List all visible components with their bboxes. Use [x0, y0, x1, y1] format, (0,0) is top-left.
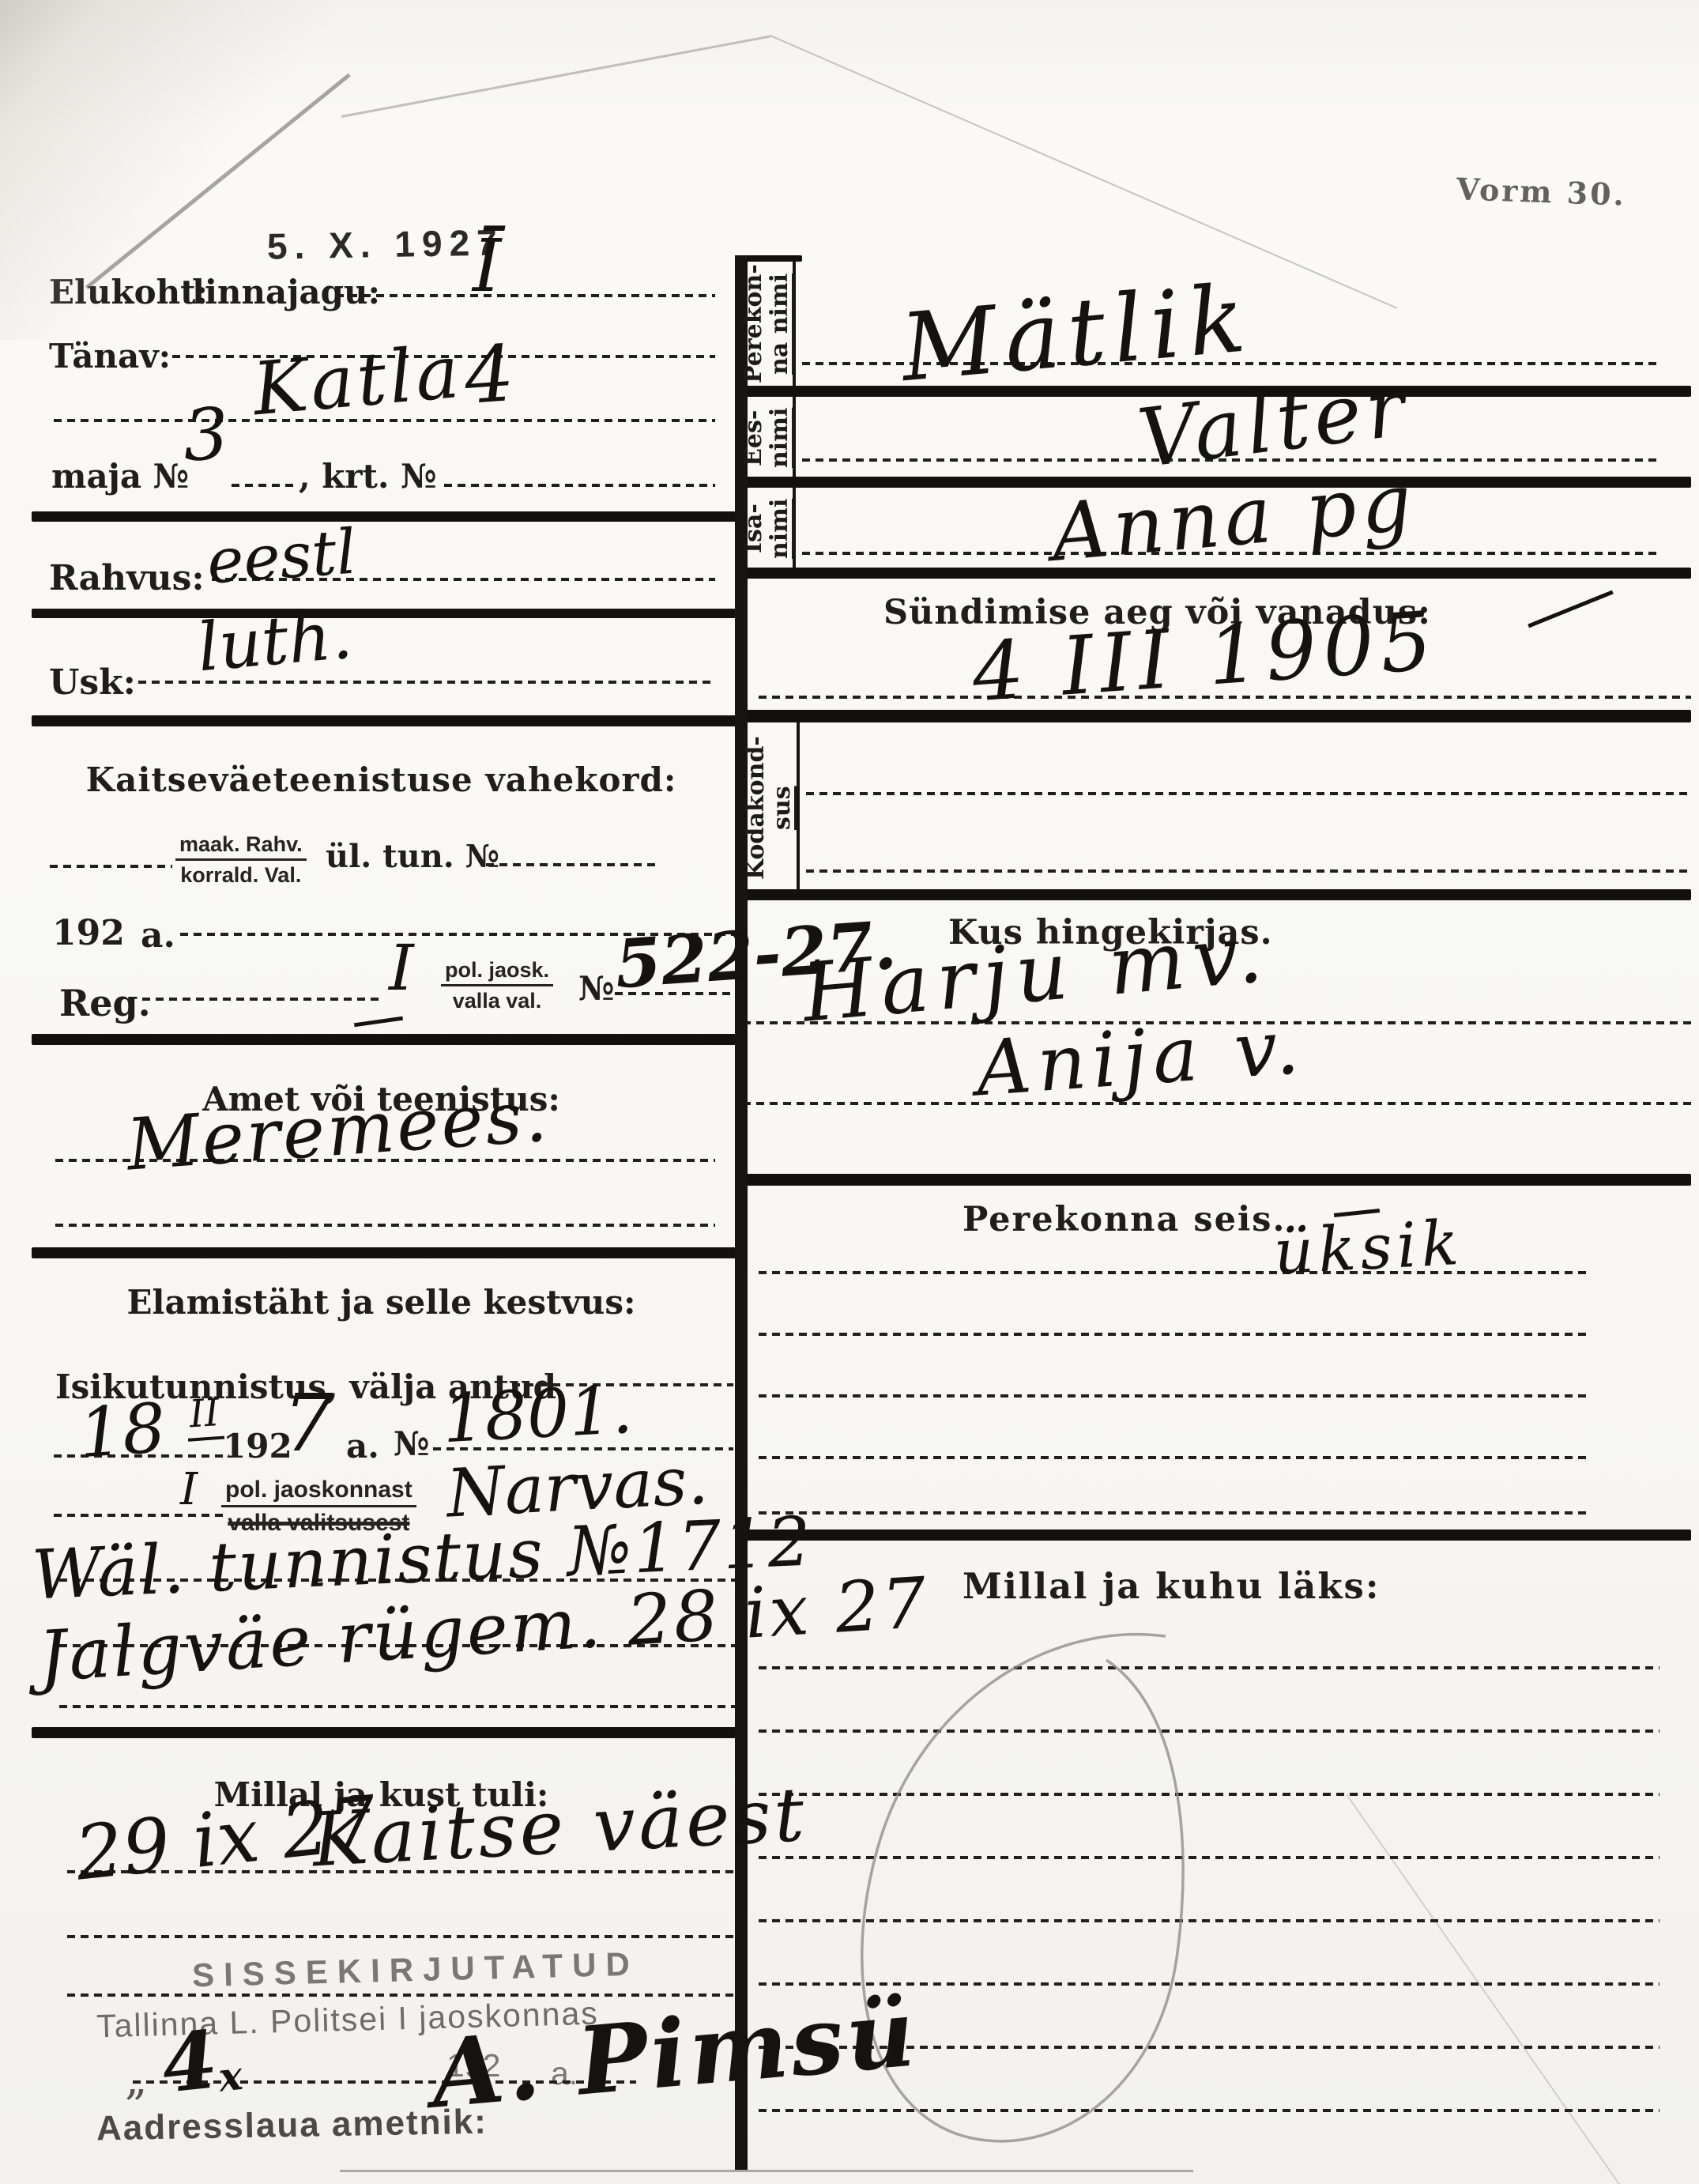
reg-roman-value: I	[389, 931, 414, 1005]
krt-label: , krt. №	[299, 457, 437, 496]
ruled-line	[806, 792, 1691, 795]
rule-thick	[32, 609, 737, 618]
frac-top: pol. jaoskonnast	[221, 1477, 416, 1507]
frac-top: maak. Rahv.	[175, 832, 307, 861]
issue-day: 18	[77, 1389, 168, 1473]
pen-flourish	[1528, 590, 1613, 628]
krt-value: 4	[461, 329, 517, 422]
pen-dash	[354, 1017, 403, 1028]
label-line: Ees-	[740, 409, 767, 466]
ruled-line	[743, 1102, 1691, 1105]
label-line: na nimi	[766, 273, 793, 375]
frac-bottom: valla val.	[441, 986, 553, 1013]
rahvus-label: Rahvus:	[49, 558, 205, 598]
seis-heading: Perekonna seis.	[963, 1200, 1286, 1239]
reg-date-value: 4x	[157, 2010, 245, 2111]
seis-value: üksik	[1272, 1208, 1465, 1288]
ul-tun-label: ül. tun. №	[326, 838, 499, 875]
form-number: Vorm 30.	[1456, 171, 1626, 212]
crease-line	[341, 35, 770, 117]
rule-thick	[737, 568, 1691, 579]
issue-year-printed: 192	[223, 1427, 292, 1465]
rule-thick	[737, 710, 1691, 722]
torn-corner-shading	[0, 0, 371, 340]
issue-no-label: №	[394, 1424, 430, 1463]
rule-thick	[32, 715, 737, 726]
ruled-line	[55, 1224, 715, 1227]
ruled-line	[54, 1514, 225, 1517]
usk-value: luth.	[194, 596, 355, 687]
frac-top: pol. jaosk.	[441, 958, 553, 986]
laks-heading: Millal ja kuhu läks:	[963, 1565, 1381, 1607]
kaitsevae-heading: Kaitseväeteenistuse vahekord:	[47, 760, 715, 799]
rule-thick	[32, 1247, 737, 1258]
rahvus-value: eestl	[205, 517, 358, 598]
label-box-border	[797, 722, 800, 891]
rule-thick	[32, 1727, 737, 1738]
registration-card: Vorm 30. 5. X. 1927 Elukoht: linnajagu: …	[0, 0, 1699, 2184]
maja-label: maja №	[51, 457, 189, 496]
kodakondsus-label: Kodakond- sus	[743, 729, 797, 887]
label-line: nimi	[766, 408, 793, 468]
frac3-roman-value: I	[180, 1464, 198, 1515]
label-line: Isa-	[740, 504, 767, 554]
rule-thick	[737, 1174, 1691, 1186]
year-label: 192	[52, 913, 125, 953]
eesnimi-label: Ees- nimi	[740, 399, 793, 477]
tanav-label: Tänav:	[49, 337, 171, 375]
usk-label: Usk:	[49, 662, 136, 703]
crease-line	[1346, 1794, 1620, 2184]
isanimi-value: Anna pg	[1048, 455, 1420, 579]
ruled-line	[759, 1511, 1588, 1514]
ruled-line	[486, 863, 656, 866]
elamistaht-heading: Elamistäht ja selle kestvus:	[47, 1283, 715, 1322]
ruled-line	[50, 865, 172, 868]
rule-thick	[737, 1530, 1691, 1541]
label-line: sus	[768, 786, 796, 830]
issue-year-written: 7	[283, 1377, 333, 1469]
issue-a-label: a.	[346, 1427, 379, 1465]
clerk-label: Aadresslaua ametnik:	[96, 2103, 488, 2149]
reg-date-day: 4	[157, 2012, 222, 2111]
ruled-line	[759, 1456, 1588, 1459]
linnajagu-value: Ī	[473, 224, 501, 308]
rule-thick	[737, 889, 1691, 900]
maja-value: 3	[181, 393, 231, 478]
stamp-quote: „	[125, 2054, 148, 2104]
stamp-sissekirjutatud: SISSEKIRJUTATUD	[191, 1945, 639, 1995]
crease-line	[770, 35, 1397, 309]
ruled-line	[444, 484, 715, 487]
frac-pol-jaosk: pol. jaosk. valla val.	[441, 958, 553, 1013]
perekonnanimi-label: Perekon- na nimi	[740, 262, 793, 386]
issue-month: II	[185, 1390, 224, 1442]
label-line: Kodakond-	[742, 736, 770, 880]
page-bottom-edge	[340, 2170, 1193, 2172]
perekonnanimi-value: Mätlik	[897, 263, 1257, 402]
rule-thick	[32, 1034, 737, 1045]
issue-no-value: 1801.	[441, 1371, 635, 1458]
reg-no-label: №	[578, 969, 615, 1008]
ruled-line	[59, 1705, 735, 1708]
ruled-line	[759, 1333, 1588, 1336]
rule-thick	[32, 511, 737, 522]
ruled-line	[232, 484, 295, 487]
label-line: nimi	[766, 499, 793, 559]
ruled-line	[336, 294, 715, 297]
issue-day-value: 18 II	[77, 1385, 226, 1474]
tanav-value: Katla	[250, 330, 465, 432]
reg-label: Reg.	[59, 982, 151, 1024]
isanimi-label: Isa- nimi	[740, 490, 793, 568]
ruled-line	[759, 1394, 1588, 1398]
ruled-line	[67, 1994, 735, 1997]
ruled-line	[806, 869, 1691, 873]
frac-maak-rahv: maak. Rahv. korrald. Val.	[175, 832, 307, 888]
ruled-line	[67, 1935, 735, 1938]
reg-date-month: x	[217, 2052, 245, 2101]
ruled-line	[142, 998, 379, 1001]
frac-bottom: korrald. Val.	[175, 861, 307, 888]
label-line: Perekon-	[740, 265, 767, 384]
year-a-label: a.	[141, 915, 175, 956]
